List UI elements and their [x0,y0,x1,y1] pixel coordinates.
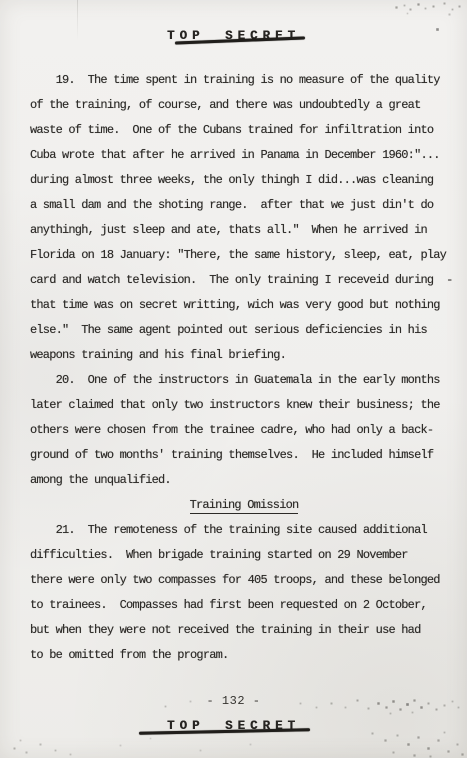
text-line: anythingh, just sleep and ate, thats all… [30,218,458,243]
page-number: - 132 - [0,694,467,708]
text-line: waste of time. One of the Cubans trained… [30,118,458,143]
document-body: 19. The time spent in training is no mea… [30,68,458,668]
text-line: difficulties. When brigade training star… [30,543,458,568]
text-line: to trainees. Compasses had first been re… [30,593,458,618]
text-line: but when they were not received the trai… [30,618,458,643]
text-line: there were only two compasses for 405 tr… [30,568,458,593]
scan-noise-bottom-left [0,0,1,1]
paper-crease [77,0,78,40]
text-line: weapons training and his final briefing. [30,343,458,368]
text-line: of the training, of course, and there wa… [30,93,458,118]
text-line: that time was on secret writting, wich w… [30,293,458,318]
text-line: 21. The remoteness of the training site … [30,518,458,543]
document-page: TOP SECRET 19. The time spent in trainin… [0,0,467,758]
text-line: ground of two months' training themselve… [30,443,458,468]
text-line: 19. The time spent in training is no mea… [30,68,458,93]
text-line: others were chosen from the trainee cadr… [30,418,458,443]
text-line: to be omitted from the program. [30,643,458,668]
text-line: during almost three weeks, the only thin… [30,168,458,193]
text-line: a small dam and the shoting range. after… [30,193,458,218]
scanned-document-screenshot: { "doc": { "classification_top": "TOP SE… [0,0,467,758]
text-line: among the unqualified. [30,468,458,493]
text-line: Cuba wrote that after he arrived in Pana… [30,143,458,168]
text-line: card and watch television. The only trai… [30,268,458,293]
section-heading: Training Omission [30,493,458,518]
section-heading-text: Training Omission [190,498,299,514]
text-line: Florida on 18 January: "There, the same … [30,243,458,268]
text-line: later claimed that only two instructors … [30,393,458,418]
text-line: 20. One of the instructors in Guatemala … [30,368,458,393]
text-line: else." The same agent pointed out seriou… [30,318,458,343]
